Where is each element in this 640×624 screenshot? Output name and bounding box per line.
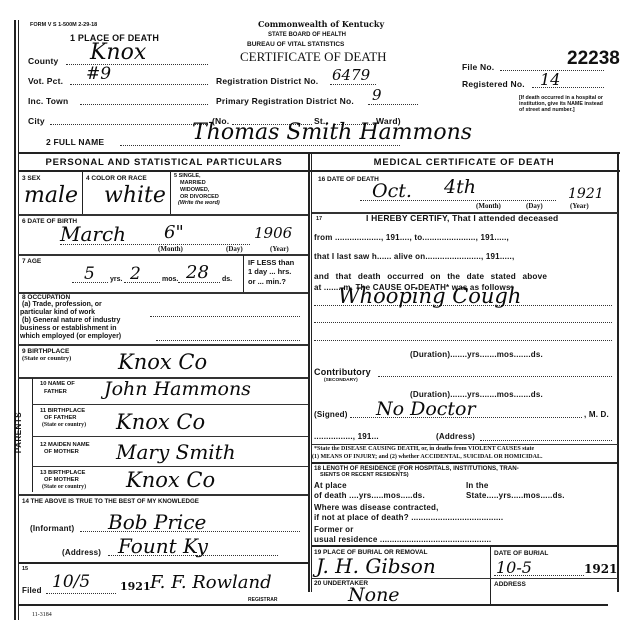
age-label: 7 AGE	[22, 258, 41, 265]
registered-no-value: 14	[540, 70, 560, 89]
last-saw-line: that I last saw h...... alive on........…	[314, 252, 514, 261]
occ-a-1: (a) Trade, profession, or	[22, 301, 102, 309]
dod-year: 1921	[568, 186, 604, 202]
secondary-label: (SECONDARY)	[324, 377, 358, 384]
registrar-label: REGISTRAR	[248, 597, 277, 604]
filed-date: 10/5	[52, 572, 90, 592]
occ-b-2: business or establishment in	[20, 325, 116, 332]
occurred-line: and that death occurred on the date stat…	[314, 272, 547, 281]
residence-label-1: 18 LENGTH OF RESIDENCE (FOR HOSPITALS, I…	[314, 465, 519, 472]
primary-reg-value: 9	[372, 86, 382, 104]
from-line: from ..................., 191...., to...…	[314, 233, 509, 242]
dod-label: 16 DATE OF DEATH	[318, 176, 379, 183]
yrs-label: yrs.	[110, 276, 122, 283]
burial-year: 1921	[584, 562, 617, 576]
signed-address-line	[480, 440, 612, 441]
dob-day-caption: (Day)	[226, 245, 243, 253]
in-state-2: State.....yrs.....mos.....ds.	[466, 491, 565, 500]
father-bp-value: Knox Co	[116, 410, 205, 434]
signed-value: No Doctor	[376, 398, 476, 420]
informant-label: (Informant)	[30, 524, 74, 533]
cause-line-3	[314, 340, 612, 341]
burial-address-label: ADDRESS	[494, 581, 526, 588]
county-label: County	[28, 56, 58, 66]
rule-undertaker	[312, 578, 618, 579]
dod-month-caption: (Month)	[476, 202, 501, 210]
header-rule	[18, 152, 620, 154]
undertaker-value: None	[348, 584, 400, 606]
if-less-3: or ... min.?	[248, 278, 286, 285]
if-less-1: IF LESS than	[248, 258, 294, 267]
full-name-line	[120, 145, 400, 146]
contributory-label: Contributory	[314, 367, 371, 377]
duration-label: (Duration).......yrs.......mos.......ds.	[410, 350, 543, 359]
rule-age	[18, 254, 308, 256]
cause-line-2	[314, 322, 612, 323]
signed-address-label: (Address)	[436, 432, 475, 441]
sex-label: 3 SEX	[22, 175, 40, 182]
burial-date-line	[494, 575, 584, 576]
bureau-label: BUREAU OF VITAL STATISTICS	[247, 41, 344, 48]
footnote-2: (1) MEANS OF INJURY; and (2) whether ACC…	[312, 454, 542, 460]
parents-side-label: PARENTS	[14, 412, 23, 453]
dob-month: March	[60, 222, 126, 246]
parents-divider	[32, 378, 33, 492]
age-ds: 28	[186, 262, 209, 283]
reg-district-line	[330, 84, 376, 85]
burial-place-value: J. H. Gibson	[316, 554, 436, 578]
if-less-2: 1 day ... hrs.	[248, 268, 291, 275]
mother-bp-label-2: OF MOTHER	[44, 477, 79, 484]
rule-mother-bp	[32, 466, 308, 467]
dob-line	[60, 244, 250, 245]
section-rule	[18, 170, 620, 172]
filed-label: Filed	[22, 586, 42, 595]
rule-dob	[18, 214, 308, 216]
birthplace-sub: (State or country)	[22, 355, 71, 362]
occ-b-3: which employed (or employer)	[20, 333, 121, 340]
marital-label-2: MARRIED	[180, 180, 206, 187]
burial-date-label: DATE OF BURIAL	[494, 550, 548, 557]
vot-pct-label: Vot. Pct.	[28, 76, 63, 86]
at-place-2: of death ....yrs.....mos.....ds.	[314, 491, 425, 500]
former-residence-1: Former or	[314, 525, 354, 534]
file-no-label: File No.	[462, 62, 494, 72]
contributory-line	[378, 376, 612, 377]
mother-name-label-2: OF MOTHER	[44, 449, 79, 456]
where-contracted-2: if not at place of death? ..............…	[314, 513, 503, 522]
birthplace-value: Knox Co	[118, 350, 207, 374]
dod-day: 4th	[444, 176, 476, 198]
burial-divider	[490, 547, 491, 604]
former-residence-2: usual residence ........................…	[314, 535, 491, 544]
right-border	[617, 152, 619, 592]
dod-month: Oct.	[372, 180, 412, 202]
age-yrs: 5	[84, 264, 95, 284]
board-label: STATE BOARD OF HEALTH	[268, 32, 346, 39]
rule-informant	[18, 494, 308, 496]
mos-label: mos.	[162, 276, 178, 283]
informant-value: Bob Price	[108, 510, 206, 534]
rule-bottom	[18, 604, 608, 606]
marital-label-5: (Write the word)	[178, 200, 220, 207]
informant-statement: 14 THE ABOVE IS TRUE TO THE BEST OF MY K…	[22, 498, 199, 505]
vot-pct-value: #9	[86, 64, 111, 84]
form-number: FORM V S 1-500M 2-29-18	[30, 22, 97, 29]
rule-burial	[312, 545, 618, 547]
dob-day: 6"	[164, 222, 184, 243]
center-divider	[308, 152, 310, 592]
city-line	[50, 124, 208, 125]
ds-label: ds.	[222, 276, 232, 283]
rule-filed	[18, 562, 308, 564]
num-17: 17	[316, 216, 322, 223]
occ-b-line	[156, 340, 300, 341]
dob-year: 1906	[254, 224, 292, 242]
primary-reg-label: Primary Registration District No.	[216, 96, 354, 106]
rule-father-bp	[32, 404, 308, 405]
rule-birthplace	[18, 344, 308, 346]
registrar-signature: F. F. Rowland	[150, 572, 272, 593]
hospital-note: [If death occurred in a hospital or inst…	[519, 95, 607, 113]
color-label: 4 COLOR OR RACE	[86, 175, 147, 182]
sex-color-divider	[82, 171, 83, 215]
occ-a-line	[150, 316, 300, 317]
in-state-1: In the	[466, 481, 489, 490]
certificate-title: CERTIFICATE OF DEATH	[240, 49, 387, 65]
color-marital-divider	[170, 171, 171, 215]
occ-b-1: (b) General nature of industry	[22, 317, 120, 324]
father-bp-label-3: (State or country)	[42, 422, 86, 429]
left-border-inner	[18, 20, 19, 620]
dob-month-caption: (Month)	[158, 245, 183, 253]
dob-year-caption: (Year)	[270, 245, 289, 253]
certify-text: I HEREBY CERTIFY, That I attended deceas…	[366, 213, 558, 223]
mother-name-label-1: 12 MAIDEN NAME	[40, 442, 90, 449]
filed-line	[46, 593, 116, 594]
mother-bp-label-1: 13 BIRTHPLACE	[40, 470, 85, 477]
county-value: Knox	[90, 40, 146, 65]
at-place-1: At place	[314, 481, 347, 490]
signed-label: (Signed)	[314, 410, 348, 419]
informant-address-value: Fount Ky	[118, 534, 208, 558]
footer-code: 11-3184	[32, 612, 52, 618]
color-value: white	[104, 183, 166, 208]
registered-no-label: Registered No.	[462, 79, 525, 89]
father-bp-label-2: OF FATHER	[44, 415, 76, 422]
signed-date: ................, 191...	[314, 432, 379, 441]
informant-address-label: (Address)	[62, 548, 101, 557]
center-divider-2	[311, 152, 312, 592]
if-less-divider	[243, 255, 244, 293]
footnote-1: *State the DISEASE CAUSING DEATH, or, in…	[314, 446, 534, 452]
rule-residence	[312, 462, 618, 464]
occ-a-2: particular kind of work	[20, 309, 95, 316]
commonwealth-title: Commonwealth of Kentucky	[258, 19, 384, 29]
father-bp-label-1: 11 BIRTHPLACE	[40, 408, 85, 415]
inc-town-line	[80, 104, 208, 105]
mother-bp-value: Knox Co	[126, 468, 215, 492]
full-name-label: 2 FULL NAME	[46, 137, 104, 147]
where-contracted-1: Where was disease contracted,	[314, 503, 439, 512]
reg-district-value: 6479	[332, 66, 370, 84]
father-name-label-2: FATHER	[44, 389, 67, 396]
inc-town-label: Inc. Town	[28, 96, 68, 106]
marital-label-1: 5 SINGLE,	[174, 173, 201, 179]
filed-num: 15	[22, 566, 28, 573]
birthplace-label: 9 BIRTHPLACE	[22, 348, 69, 355]
marital-label-3: WIDOWED,	[180, 187, 209, 194]
mother-bp-label-3: (State or country)	[42, 484, 86, 491]
father-name-value: John Hammons	[104, 378, 251, 400]
left-border	[14, 20, 16, 620]
file-no: 22238	[567, 48, 620, 70]
vot-pct-line	[70, 84, 208, 85]
dod-year-caption: (Year)	[570, 202, 589, 210]
reg-district-label: Registration District No.	[216, 76, 318, 86]
cause-value: Whooping Cough	[338, 284, 521, 308]
filed-year: 1921	[120, 580, 151, 593]
dod-day-caption: (Day)	[526, 202, 543, 210]
age-mos: 2	[130, 264, 141, 284]
personal-section-title: PERSONAL AND STATISTICAL PARTICULARS	[18, 157, 310, 168]
medical-section-title: MEDICAL CERTIFICATE OF DEATH	[312, 157, 616, 168]
full-name-value: Thomas Smith Hammons	[192, 120, 472, 145]
occupation-label: 8 OCCUPATION	[22, 294, 70, 301]
dod-line	[360, 200, 556, 201]
md-label: , M. D.	[584, 410, 609, 419]
rule-mother-name	[32, 436, 308, 437]
rule-footnote	[312, 444, 618, 445]
father-name-label-1: 10 NAME OF	[40, 381, 75, 388]
residence-label-2: SIENTS OR RECENT RESIDENTS)	[320, 472, 409, 479]
sex-value: male	[24, 183, 78, 208]
primary-reg-line	[368, 104, 418, 105]
city-label: City	[28, 116, 45, 126]
mother-name-value: Mary Smith	[116, 440, 236, 464]
